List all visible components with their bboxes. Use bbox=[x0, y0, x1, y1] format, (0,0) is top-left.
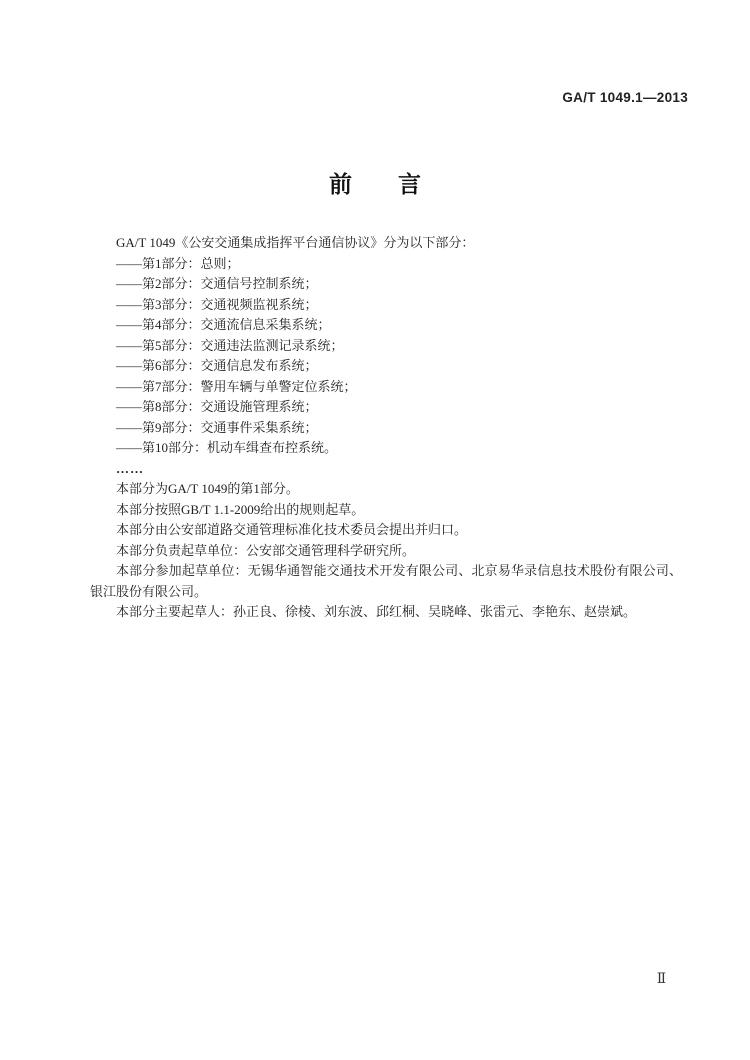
document-page: GA/T 1049.1—2013 前 言 GA/T 1049《公安交通集成指挥平… bbox=[0, 0, 750, 1060]
foreword-part-line: ——第4部分：交通流信息采集系统； bbox=[90, 315, 682, 336]
foreword-part-line: ——第9部分：交通事件采集系统； bbox=[90, 418, 682, 439]
page-number: Ⅱ bbox=[657, 971, 666, 987]
standard-code-header: GA/T 1049.1—2013 bbox=[562, 90, 688, 105]
foreword-ellipsis: …… bbox=[90, 459, 682, 480]
foreword-part-line: ——第2部分：交通信号控制系统； bbox=[90, 274, 682, 295]
foreword-part-line: ——第1部分：总则； bbox=[90, 254, 682, 275]
foreword-part-line: ——第5部分：交通违法监测记录系统； bbox=[90, 336, 682, 357]
foreword-part-line: ——第10部分：机动车缉查布控系统。 bbox=[90, 438, 682, 459]
foreword-paragraph: 本部分按照GB/T 1.1-2009给出的规则起草。 bbox=[90, 500, 682, 521]
foreword-intro: GA/T 1049《公安交通集成指挥平台通信协议》分为以下部分： bbox=[90, 233, 682, 254]
foreword-part-line: ——第7部分：警用车辆与单警定位系统； bbox=[90, 377, 682, 398]
foreword-part-line: ——第6部分：交通信息发布系统； bbox=[90, 356, 682, 377]
foreword-paragraph: 本部分主要起草人：孙正良、徐棱、刘东波、邱红桐、吴晓峰、张雷元、李艳东、赵崇斌。 bbox=[90, 602, 682, 623]
foreword-part-line: ——第3部分：交通视频监视系统； bbox=[90, 295, 682, 316]
foreword-body: GA/T 1049《公安交通集成指挥平台通信协议》分为以下部分： ——第1部分：… bbox=[90, 233, 682, 623]
page-title: 前 言 bbox=[0, 166, 750, 199]
foreword-part-line: ——第8部分：交通设施管理系统； bbox=[90, 397, 682, 418]
foreword-paragraph: 本部分参加起草单位：无锡华通智能交通技术开发有限公司、北京易华录信息技术股份有限… bbox=[90, 561, 682, 602]
foreword-paragraph: 本部分由公安部道路交通管理标准化技术委员会提出并归口。 bbox=[90, 520, 682, 541]
foreword-paragraph: 本部分负责起草单位：公安部交通管理科学研究所。 bbox=[90, 541, 682, 562]
foreword-paragraph: 本部分为GA/T 1049的第1部分。 bbox=[90, 479, 682, 500]
